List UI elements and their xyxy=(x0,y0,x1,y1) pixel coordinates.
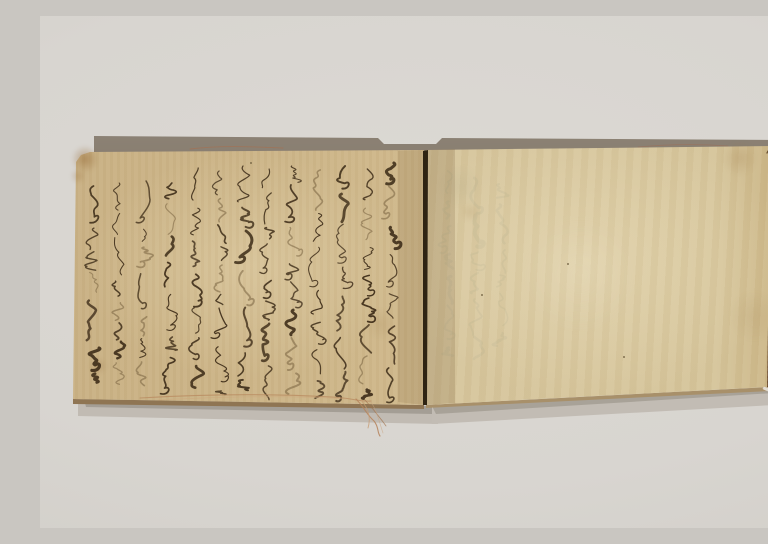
paper-stain xyxy=(722,140,758,176)
paper-stain xyxy=(438,164,482,208)
paper-speck xyxy=(567,263,569,265)
paper-stain xyxy=(364,308,396,340)
paper-stain xyxy=(520,216,640,336)
paper-speck xyxy=(481,294,483,296)
paper-speck xyxy=(623,356,625,358)
paper-stain xyxy=(728,290,768,342)
manuscript-photo: Photograph of an open traditional Japane… xyxy=(40,16,768,528)
paper-stain xyxy=(89,357,107,375)
paper-stain xyxy=(460,202,480,222)
paper-stain xyxy=(70,168,86,184)
paper-stains xyxy=(40,16,768,528)
paper-speck xyxy=(250,162,252,164)
paper-stain xyxy=(71,145,99,173)
